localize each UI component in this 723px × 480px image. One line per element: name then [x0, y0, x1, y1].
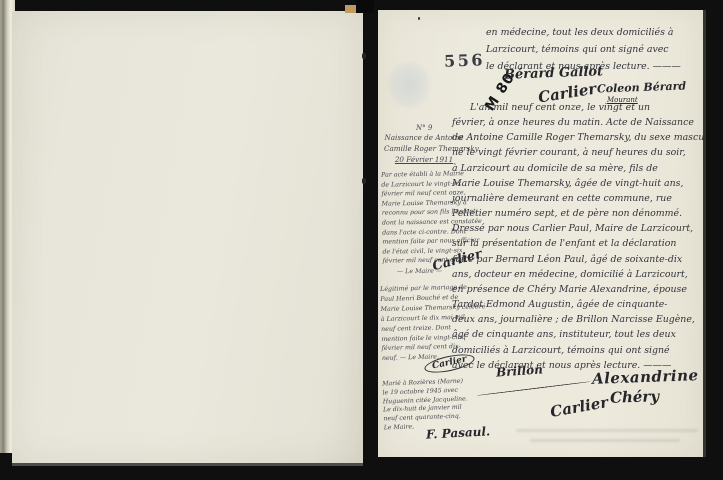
ink-bleed-through	[530, 439, 680, 442]
handwritten-line: faite par Bernard Léon Paul, âgé de soix…	[452, 252, 704, 267]
margin-note-mariage: Marié à Rozières (Marne)le 19 octobre 19…	[382, 378, 466, 434]
signature-brillon-flourish	[476, 381, 591, 396]
handwritten-line: L'an mil neuf cent onze, le vingt et un	[452, 100, 704, 115]
ink-bleed-through	[516, 429, 698, 432]
signature-carlier-bottom: Carlier	[549, 393, 610, 421]
birth-act-text: L'an mil neuf cent onze, le vingt et unf…	[452, 100, 704, 373]
handwritten-line: février, à onze heures du matin. Acte de…	[452, 115, 704, 130]
register-scan: 556 M 80 en médecine, tout les deux domi…	[0, 0, 723, 480]
handwritten-line: Larzicourt, témoins qui ont signé avec	[486, 41, 706, 58]
handwritten-line: né le vingt février courant, à neuf heur…	[452, 145, 704, 160]
margin-signature-pasaul: F. Pasaul.	[426, 424, 491, 441]
faint-round-stamp	[380, 52, 438, 118]
border-notch-chip	[345, 5, 356, 13]
signature-brillon: Brillon	[496, 362, 544, 379]
handwritten-line: en médecine, tout les deux domiciliés à	[486, 24, 706, 41]
handwritten-line: domiciliés à Larzicourt, témoins qui ont…	[452, 343, 704, 358]
handwritten-line: en présence de Chéry Marie Alexandrine, …	[452, 282, 704, 297]
handwritten-line: deux ans, journalière ; de Brillon Narci…	[452, 312, 704, 327]
archive-number-stamp: 556	[444, 50, 486, 70]
border-notch	[356, 0, 374, 13]
margin-act-number: N° 9	[416, 124, 432, 132]
handwritten-line: Pelletier numéro sept, et de père non dé…	[452, 206, 704, 221]
signature-chery: Chéry	[610, 387, 660, 407]
handwritten-line: Dressé par nous Carlier Paul, Maire de L…	[452, 221, 704, 236]
binding-stitch-hole	[362, 178, 366, 184]
handwritten-line: Tardot Edmond Augustin, âgée de cinquant…	[452, 297, 704, 312]
signature-alexandrine: Alexandrine	[592, 366, 699, 388]
handwritten-line: de Antoine Camille Roger Themarsky, du s…	[452, 130, 704, 145]
handwritten-line: journalière demeurant en cette commune, …	[452, 191, 704, 206]
ink-speck	[418, 17, 420, 20]
handwritten-line: Marie Louise Themarsky, âgée de vingt-hu…	[452, 176, 704, 191]
signature-berard: Coleon Bérard	[597, 79, 687, 95]
handwritten-line: âgé de cinquante ans, instituteur, tout …	[452, 327, 704, 342]
left-blank-page	[12, 11, 363, 463]
birth-register-page: 556 M 80 en médecine, tout les deux domi…	[378, 10, 706, 457]
binding-stitch-hole	[362, 53, 366, 59]
handwritten-line: à Larzicourt au domicile de sa mère, fil…	[452, 161, 704, 176]
margin-note-legitimation: Légitimé par le mariage dePaul Henri Bou…	[380, 283, 458, 364]
handwritten-line: sur la présentation de l'enfant et la dé…	[452, 236, 704, 251]
handwritten-line: ans, docteur en médecine, domicilié à La…	[452, 267, 704, 282]
margin-header-date: 20 Février 1911	[395, 155, 453, 166]
